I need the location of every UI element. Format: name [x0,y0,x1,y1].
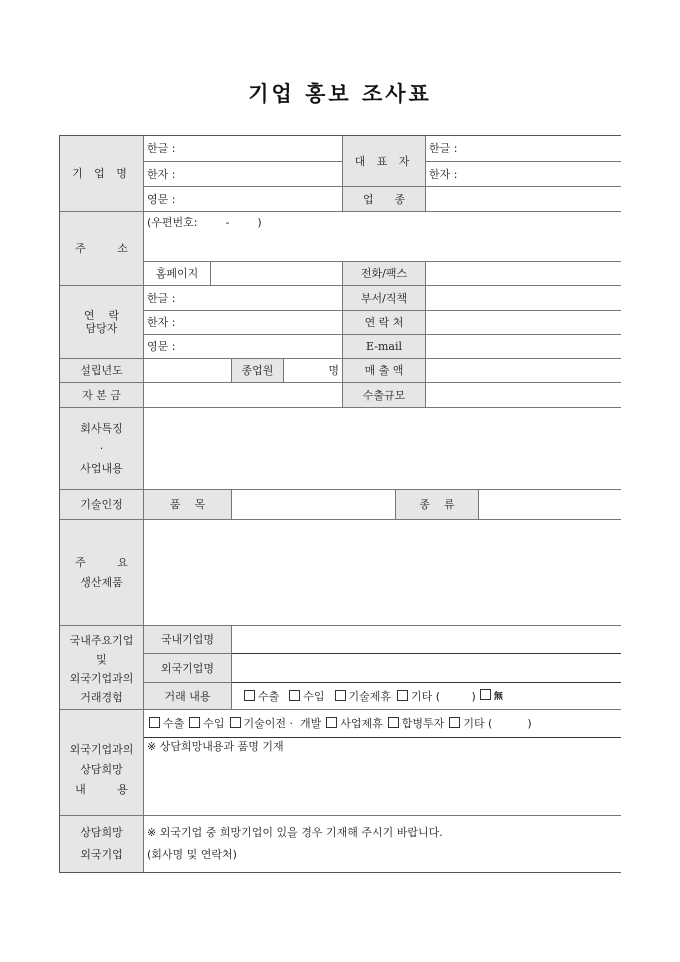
employees-label: 종업원 [232,359,284,383]
option-label: 수출 [163,717,184,730]
features-label-line1: 회사특징 [80,419,123,439]
trade-label-line3: 외국기업과의 [70,669,134,688]
trade-option-import[interactable]: 수입 [289,690,324,703]
export-scale-label: 수출규모 [343,383,426,408]
option-label: 수출 [258,690,279,703]
products-label-line2: 생산제품 [80,573,123,593]
address-label: 주 소 [60,212,144,286]
founded-year-label: 설립년도 [60,359,144,383]
company-name-label: 기 업 명 [60,136,144,212]
tech-cert-label: 기술인정 [60,490,144,520]
tech-item-field[interactable] [232,490,396,520]
desired-foreign-company-label: 상담희망 외국기업 [60,816,144,872]
option-label: 기타 ( ) [463,717,531,730]
option-label: 수입 [303,690,324,703]
domestic-company-label: 국내기업명 [144,626,232,654]
company-korean-field[interactable]: 한글 : [144,136,343,162]
contact-label-line2: 담당자 [86,322,118,335]
consult-option-partnership[interactable]: 사업제휴 [326,717,383,730]
email-label: E-mail [343,335,426,359]
dept-title-field[interactable] [426,286,621,311]
consult-note: ※ 상담희망내용과 품명 기재 [147,740,284,753]
option-label: 기타 ( ) [411,690,476,703]
checkbox-icon [149,717,160,728]
foreign-company-field[interactable] [232,654,621,683]
checkbox-icon [480,689,491,700]
desired-note-1: ※ 외국기업 중 희망기업이 있을 경우 기재해 주시기 바랍니다. [147,822,443,844]
option-label: 기술제휴 [349,690,392,703]
capital-field[interactable] [144,383,343,408]
features-field[interactable] [144,408,621,490]
consult-options: 수출 수입 기술이전 · 개발 사업제휴 합병투자 기타 ( ) [144,710,621,738]
address-field[interactable]: (우편번호: - ) [144,212,621,262]
desired-foreign-company-field[interactable]: ※ 외국기업 중 희망기업이 있을 경우 기재해 주시기 바랍니다. (회사명 … [144,816,621,872]
phone-fax-label: 전화/팩스 [343,262,426,286]
page-title: 기업 홍보 조사표 [0,78,680,108]
trade-experience-label: 국내주요기업 및 외국기업과의 거래경험 [60,626,144,710]
industry-label: 업 종 [343,187,426,212]
survey-form: 기 업 명 한글 : 한자 : 영문 : 대 표 자 한글 : 한자 : 업 종… [59,135,621,873]
capital-label: 자 본 금 [60,383,144,408]
checkbox-icon [289,690,300,701]
checkbox-icon [397,690,408,701]
products-field[interactable] [144,520,621,626]
ceo-korean-field[interactable]: 한글 : [426,136,621,162]
products-label: 주 요 생산제품 [60,520,144,626]
option-label: 기술이전 · 개발 [244,717,322,730]
trade-option-other[interactable]: 기타 ( ) [397,690,476,703]
homepage-label: 홈페이지 [144,262,211,286]
contact-phone-field[interactable] [426,311,621,335]
desired-note-2: (회사명 및 연락처) [147,844,237,866]
checkbox-icon [244,690,255,701]
option-label: 無 [494,692,503,702]
checkbox-icon [326,717,337,728]
consult-detail-field[interactable]: ※ 상담희망내용과 품명 기재 [144,738,621,816]
checkbox-icon [230,717,241,728]
sales-label: 매 출 액 [343,359,426,383]
industry-field[interactable] [426,187,621,212]
products-label-line1: 주 요 [75,553,128,573]
ceo-label: 대 표 자 [343,136,426,187]
trade-label-line4: 거래경험 [80,688,123,707]
consult-label-line1: 외국기업과의 [70,740,134,760]
export-scale-field[interactable] [426,383,621,408]
company-hanja-field[interactable]: 한자 : [144,162,343,187]
trade-content-options: 수출 수입 기술제휴 기타 ( ) 無 [232,683,621,710]
employees-unit: 명 [328,364,339,377]
consult-option-import[interactable]: 수입 [189,717,224,730]
sales-field[interactable] [426,359,621,383]
features-label-line3: 사업내용 [80,459,123,479]
contact-korean-field[interactable]: 한글 : [144,286,343,311]
contact-phone-label: 연 락 처 [343,311,426,335]
consult-content-label: 외국기업과의 상담희망 내 용 [60,710,144,816]
trade-label-line2: 및 [96,650,107,669]
checkbox-icon [388,717,399,728]
phone-fax-field[interactable] [426,262,621,286]
contact-english-field[interactable]: 영문 : [144,335,343,359]
company-english-field[interactable]: 영문 : [144,187,343,212]
foreign-company-label: 외국기업명 [144,654,232,683]
trade-content-label: 거래 내용 [144,683,232,710]
option-label: 합병투자 [402,717,445,730]
consult-label-line3: 내 용 [75,780,128,800]
trade-label-line1: 국내주요기업 [70,631,134,650]
desired-label-line1: 상담희망 [80,822,123,844]
trade-option-tech[interactable]: 기술제휴 [335,690,392,703]
founded-year-field[interactable] [144,359,232,383]
features-label: 회사특징 · 사업내용 [60,408,144,490]
consult-option-export[interactable]: 수출 [149,717,184,730]
features-label-line2: · [100,439,104,459]
trade-option-export[interactable]: 수출 [244,690,279,703]
domestic-company-field[interactable] [232,626,621,654]
employees-field[interactable]: 명 [284,359,343,383]
contact-person-label: 연 락 담당자 [60,286,144,359]
consult-label-line2: 상담희망 [80,760,123,780]
consult-option-merger[interactable]: 합병투자 [388,717,445,730]
trade-option-none[interactable]: 無 [480,689,503,704]
checkbox-icon [449,717,460,728]
option-label: 사업제휴 [340,717,383,730]
checkbox-icon [189,717,200,728]
tech-type-field[interactable] [479,490,621,520]
dept-title-label: 부서/직책 [343,286,426,311]
ceo-hanja-field[interactable]: 한자 : [426,162,621,187]
contact-hanja-field[interactable]: 한자 : [144,311,343,335]
desired-label-line2: 외국기업 [80,844,123,866]
email-field[interactable] [426,335,621,359]
contact-label-line1: 연 락 [84,309,119,322]
tech-type-label: 종 류 [396,490,479,520]
homepage-field[interactable] [211,262,343,286]
tech-item-label: 품 목 [144,490,232,520]
checkbox-icon [335,690,346,701]
consult-option-other[interactable]: 기타 ( ) [449,717,531,730]
option-label: 수입 [203,717,224,730]
consult-option-tech-transfer[interactable]: 기술이전 · 개발 [230,717,322,730]
